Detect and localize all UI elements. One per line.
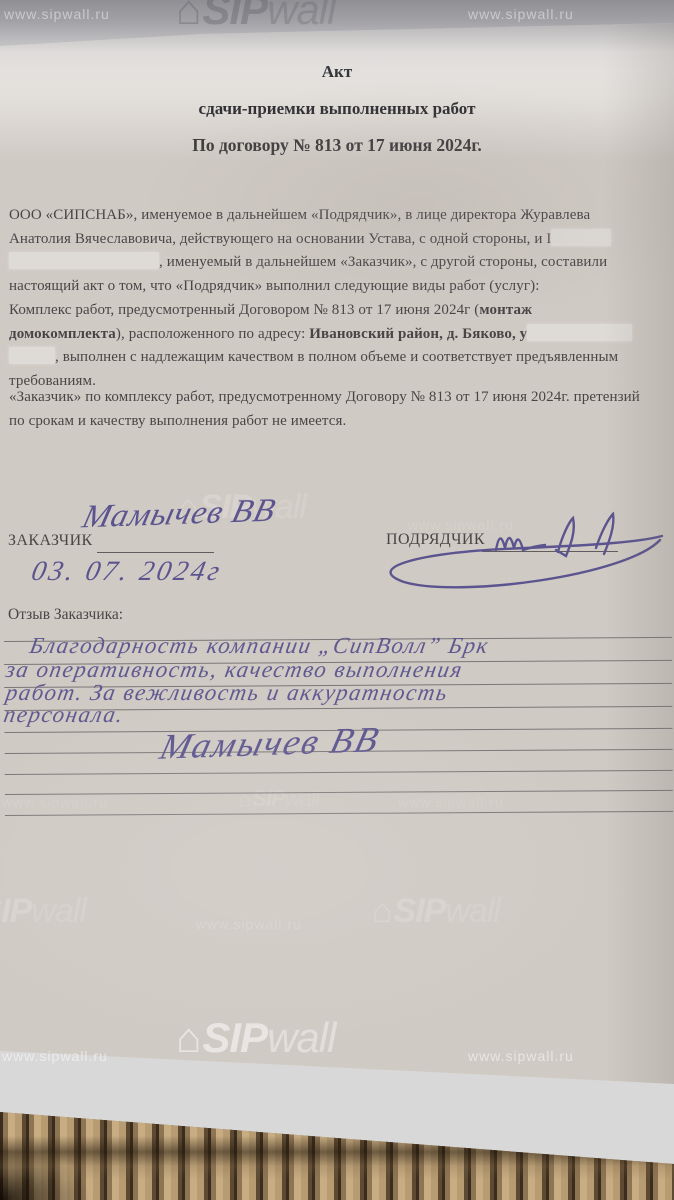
text-segment: монтаж	[479, 302, 532, 318]
text-segment: ООО «СИПСНАБ», именуемое в дальнейшем «П…	[9, 207, 590, 223]
document-subtitle: сдачи-приемки выполненных работ	[0, 99, 674, 119]
document-line: настоящий акт о том, что «Подрядчик» вып…	[9, 275, 669, 299]
sipwall-url-watermark: www.sipwall.ru	[468, 6, 574, 22]
customer-date: 03. 07. 2024г	[29, 556, 226, 588]
sipwall-house-icon: ⌂	[176, 0, 200, 33]
document-line: «Заказчик» по комплексу работ, предусмот…	[9, 386, 669, 410]
customer-review-label: Отзыв Заказчика:	[8, 606, 123, 624]
text-segment: Ивановский район, д. Бяково, у	[309, 326, 527, 342]
paragraph-work-description: Комплекс работ, предусмотренный Договоро…	[9, 299, 669, 393]
review-handwriting-line: Благодарность компании „СипВолл” Брк	[28, 633, 492, 659]
text-segment: «Заказчик» по комплексу работ, предусмот…	[9, 389, 640, 405]
document-line: по срокам и качеству выполнения работ не…	[9, 410, 669, 434]
contract-reference-line: По договору № 813 от 17 июня 2024г.	[0, 135, 674, 156]
text-segment: домокомплекта	[9, 326, 116, 342]
redaction-box	[9, 347, 55, 364]
text-segment: , выполнен с надлежащим качеством в полн…	[55, 349, 618, 365]
text-segment: настоящий акт о том, что «Подрядчик» вып…	[9, 278, 539, 294]
document-line: домокомплекта), расположенного по адресу…	[9, 323, 669, 347]
text-segment: Анатолия Вячеславовича, действующего на …	[9, 231, 551, 247]
text-segment: , именуемый в дальнейшем «Заказчик», с д…	[159, 254, 607, 270]
review-signature: Мамычев ВВ	[156, 718, 385, 768]
document-title: Акт	[0, 62, 674, 82]
redaction-box	[551, 229, 611, 246]
document-line: ООО «СИПСНАБ», именуемое в дальнейшем «П…	[9, 204, 669, 228]
text-segment: Комплекс работ, предусмотренный Договоро…	[9, 302, 479, 318]
text-segment: по срокам и качеству выполнения работ не…	[9, 413, 346, 429]
customer-signature: Мамычев ВВ	[78, 493, 279, 537]
contractor-signature	[368, 510, 668, 602]
customer-signature-line	[97, 552, 214, 553]
redaction-box	[527, 324, 632, 341]
paragraph-no-claims: «Заказчик» по комплексу работ, предусмот…	[9, 386, 669, 433]
photo-of-document: www.sipwall.ru ⌂SIPwall www.sipwall.ru ⌂…	[0, 0, 674, 1200]
sipwall-logo-watermark: ⌂SIPwall	[176, 0, 335, 34]
review-handwriting-line: персонала.	[2, 702, 126, 728]
paragraph-parties: ООО «СИПСНАБ», именуемое в дальнейшем «П…	[9, 204, 669, 298]
document-line: , выполнен с надлежащим качеством в полн…	[9, 346, 669, 370]
document-line: Комплекс работ, предусмотренный Договоро…	[9, 299, 669, 323]
document-line: , именуемый в дальнейшем «Заказчик», с д…	[9, 251, 669, 275]
text-segment: ), расположенного по адресу:	[116, 326, 309, 342]
background-surface	[0, 1040, 674, 1200]
redaction-box	[9, 252, 159, 269]
document-line: Анатолия Вячеславовича, действующего на …	[9, 228, 669, 252]
sipwall-url-watermark: www.sipwall.ru	[4, 6, 110, 22]
